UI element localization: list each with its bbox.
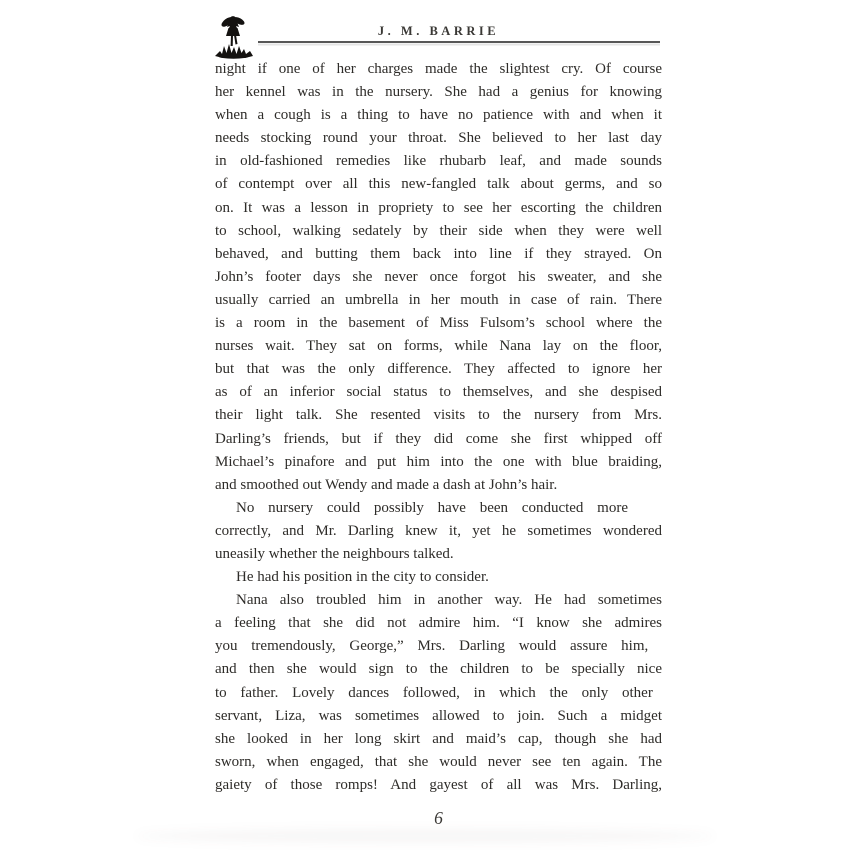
- text-line: she looked in her long skirt and maid’s …: [215, 728, 662, 751]
- text-line: to school, walking sedately by their sid…: [215, 220, 662, 243]
- text-line: of contempt over all this new-fangled ta…: [215, 173, 662, 196]
- text-line: gaiety of those romps! And gayest of all…: [215, 774, 662, 797]
- text-line: nurses wait. They sat on forms, while Na…: [215, 335, 662, 358]
- text-line: He had his position in the city to consi…: [215, 566, 662, 589]
- text-line: when a cough is a thing to have no patie…: [215, 104, 662, 127]
- header-rule: [258, 41, 660, 43]
- text-line: on. It was a lesson in propriety to see …: [215, 197, 662, 220]
- author-running-head: J. M. BARRIE: [215, 24, 662, 39]
- book-page: J. M. BARRIE night if one of her charges…: [0, 0, 850, 850]
- text-line: needs stocking round your throat. She be…: [215, 127, 662, 150]
- text-line: their light talk. She resented visits to…: [215, 404, 662, 427]
- text-line: usually carried an umbrella in her mouth…: [215, 289, 662, 312]
- text-line: and smoothed out Wendy and made a dash a…: [215, 474, 662, 497]
- text-line: servant, Liza, was sometimes allowed to …: [215, 705, 662, 728]
- text-line: her kennel was in the nursery. She had a…: [215, 81, 662, 104]
- text-line: John’s footer days she never once forgot…: [215, 266, 662, 289]
- text-line: night if one of her charges made the sli…: [215, 58, 662, 81]
- text-line: you tremendously, George,” Mrs. Darling …: [215, 635, 662, 658]
- text-line: in old-fashioned remedies like rhubarb l…: [215, 150, 662, 173]
- text-line: and then she would sign to the children …: [215, 658, 662, 681]
- text-line: Darling’s friends, but if they did come …: [215, 428, 662, 451]
- text-line: behaved, and butting them back into line…: [215, 243, 662, 266]
- body-text: night if one of her charges made the sli…: [215, 58, 662, 797]
- text-line: Nana also troubled him in another way. H…: [215, 589, 662, 612]
- text-line: is a room in the basement of Miss Fulsom…: [215, 312, 662, 335]
- text-line: No nursery could possibly have been cond…: [215, 497, 662, 520]
- text-line: to father. Lovely dances followed, in wh…: [215, 682, 662, 705]
- text-line: Michael’s pinafore and put him into the …: [215, 451, 662, 474]
- page-number: 6: [215, 808, 662, 829]
- text-line: correctly, and Mr. Darling knew it, yet …: [215, 520, 662, 543]
- text-line: as of an inferior social status to thems…: [215, 381, 662, 404]
- text-line: but that was the only difference. They a…: [215, 358, 662, 381]
- text-line: uneasily whether the neighbours talked.: [215, 543, 662, 566]
- text-line: sworn, when engaged, that she would neve…: [215, 751, 662, 774]
- text-line: a feeling that she did not admire him. “…: [215, 612, 662, 635]
- scan-shadow: [135, 829, 715, 843]
